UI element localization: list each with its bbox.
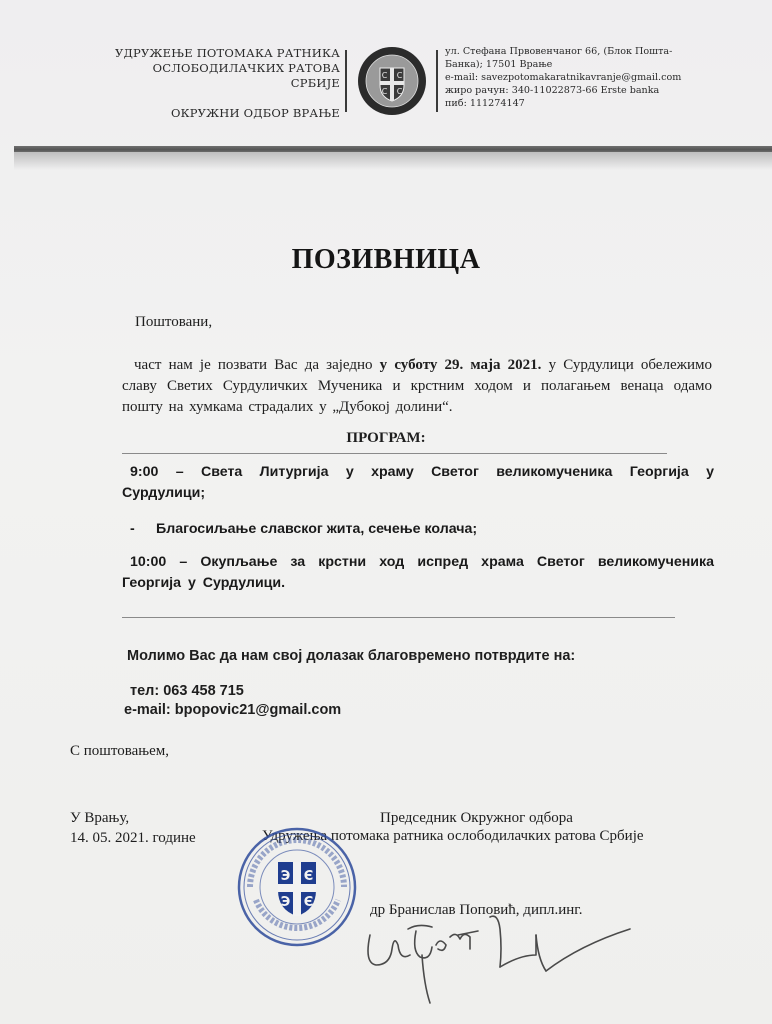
- date: 14. 05. 2021. године: [70, 828, 196, 848]
- svg-text:Є: Є: [304, 869, 314, 884]
- page-title: ПОЗИВНИЦА: [0, 244, 772, 276]
- serbian-cross-emblem-icon: C C C C: [356, 45, 428, 117]
- rule-shadow: [14, 152, 772, 170]
- paragraph-text-1: част нам је позвати Вас да заједно: [134, 357, 380, 373]
- signer-title: Председник Окружног одбора: [380, 808, 573, 828]
- program-item: 10:00 – Окупљање за крстни ход испред хр…: [122, 552, 714, 594]
- svg-text:C: C: [397, 71, 403, 80]
- letterhead-divider-left: [345, 50, 347, 112]
- closing: С поштовањем,: [70, 743, 169, 760]
- invitation-paragraph: част нам је позвати Вас да заједно у суб…: [122, 355, 712, 418]
- contact-email: e-mail: bpopovic21@gmail.com: [124, 702, 341, 718]
- event-date: у суботу 29. маја 2021.: [380, 357, 542, 373]
- svg-text:Э: Э: [281, 869, 291, 884]
- address-line2: Банка); 17501 Врање: [445, 58, 685, 71]
- letterhead-email: e-mail: savezpotomakaratnikavranje@gmail…: [445, 71, 685, 84]
- place-and-date: У Врању, 14. 05. 2021. године: [70, 808, 196, 848]
- program-item: -Благосиљање славског жита, сечење колач…: [130, 519, 722, 540]
- svg-text:Є: Є: [304, 895, 314, 910]
- handwritten-signature-icon: [360, 915, 690, 1005]
- svg-text:C: C: [382, 71, 388, 80]
- rsvp-request: Молимо Вас да нам свој долазак благоврем…: [127, 648, 575, 664]
- letterhead-divider-right: [436, 50, 438, 112]
- program-heading: ПРОГРАМ:: [0, 430, 772, 447]
- program-divider-bottom: [122, 617, 675, 618]
- svg-text:Э: Э: [281, 895, 291, 910]
- place: У Врању,: [70, 808, 196, 828]
- tax-id: пиб: 111274147: [445, 97, 685, 110]
- program-item: 9:00 – Света Литургија у храму Светог ве…: [122, 462, 714, 504]
- org-name-line1: УДРУЖЕЊЕ ПОТОМАКА РАТНИКА: [115, 46, 340, 60]
- program-divider-top: [122, 453, 667, 454]
- letterhead-contact: ул. Стефана Првовенчаног 66, (Блок Пошта…: [445, 45, 685, 110]
- district-board: ОКРУЖНИ ОДБОР ВРАЊЕ: [100, 106, 340, 121]
- svg-text:C: C: [397, 87, 403, 96]
- salutation: Поштовани,: [135, 314, 212, 331]
- bullet-dash: -: [130, 519, 156, 540]
- bank-account: жиро рачун: 340-11022873-66 Erste banka: [445, 84, 685, 97]
- org-name-line2: ОСЛОБОДИЛАЧКИХ РАТОВА СРБИЈЕ: [153, 61, 340, 90]
- letterhead-organization: УДРУЖЕЊЕ ПОТОМАКА РАТНИКА ОСЛОБОДИЛАЧКИХ…: [100, 46, 340, 121]
- contact-phone: тел: 063 458 715: [130, 683, 244, 699]
- svg-text:C: C: [382, 87, 388, 96]
- official-stamp-icon: Э Є Э Є: [236, 826, 358, 948]
- address-line1: ул. Стефана Првовенчаног 66, (Блок Пошта…: [445, 45, 685, 58]
